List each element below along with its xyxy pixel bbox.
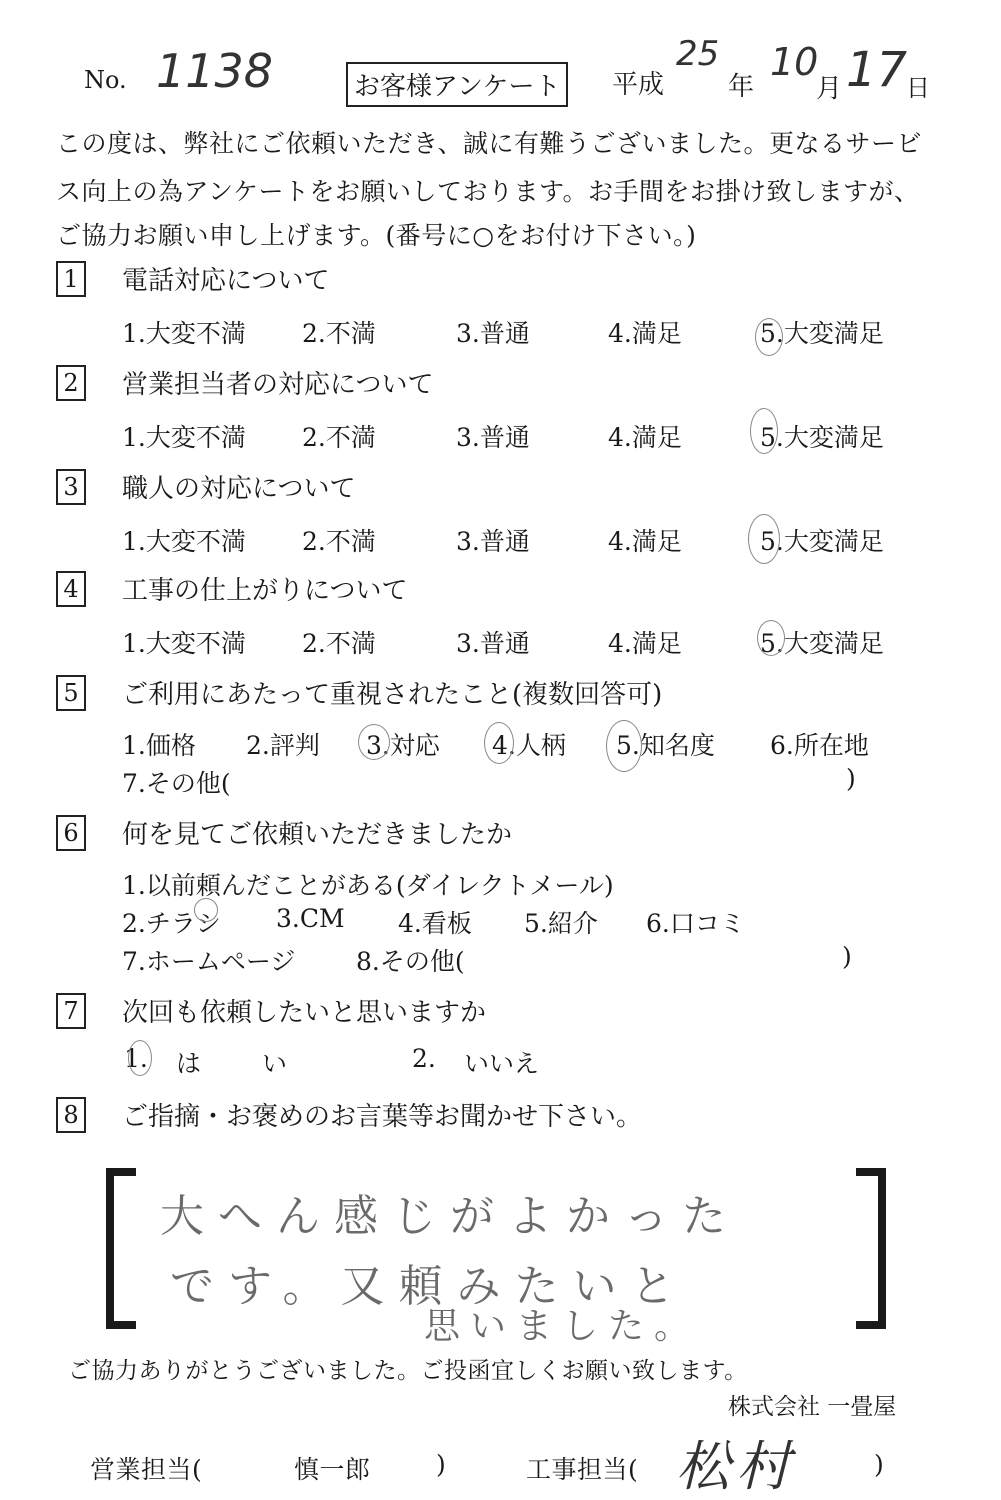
form-title: お客様アンケート — [346, 62, 568, 107]
question-text: 工事の仕上がりについて — [122, 570, 407, 607]
question-number: 2 — [56, 365, 86, 401]
selection-circle — [757, 620, 785, 656]
intro-line-2: ス向上の為アンケートをお願いしております。お手間をお掛け致しますが、 — [56, 172, 920, 208]
year-value: 25 — [676, 34, 719, 74]
option-3[interactable]: 3.普通 — [456, 522, 530, 558]
option-8[interactable]: 8.その他( — [356, 942, 465, 978]
construction-rep-close: ) — [874, 1450, 884, 1479]
option-5[interactable]: 5.紹介 — [524, 904, 598, 940]
option-4[interactable]: 4.満足 — [608, 522, 682, 558]
question-number: 3 — [56, 469, 86, 505]
question-text: ご指摘・お褒めのお言葉等お聞かせ下さい。 — [122, 1096, 642, 1133]
question-text: ご利用にあたって重視されたこと(複数回答可) — [122, 674, 662, 711]
year-label: 年 — [728, 66, 754, 103]
option-1[interactable]: 1.以前頼んだことがある(ダイレクトメール) — [122, 866, 614, 902]
question-number: 5 — [56, 675, 86, 711]
option-1-label-a[interactable]: は — [176, 1044, 201, 1080]
option-3[interactable]: 3.普通 — [456, 418, 530, 454]
option-3[interactable]: 3.普通 — [456, 624, 530, 660]
question-text: 職人の対応について — [122, 468, 355, 505]
option-3[interactable]: 3.普通 — [456, 314, 530, 350]
construction-rep-value: 松村 — [676, 1424, 796, 1500]
question-text: 営業担当者の対応について — [122, 364, 433, 401]
option-7[interactable]: 7.ホームページ — [122, 942, 295, 978]
selection-circle — [606, 720, 642, 772]
selection-circle — [484, 722, 514, 764]
option-2-label[interactable]: いいえ — [464, 1044, 539, 1080]
option-2[interactable]: 2.不満 — [302, 522, 376, 558]
question-text: 次回も依頼したいと思いますか — [122, 992, 486, 1029]
option-1[interactable]: 1.大変不満 — [122, 522, 246, 558]
question-number: 7 — [56, 993, 86, 1029]
option-4[interactable]: 4.看板 — [398, 904, 472, 940]
sales-rep-close: ) — [436, 1450, 446, 1479]
construction-rep-label: 工事担当( — [526, 1450, 638, 1486]
question-5: 5 ご利用にあたって重視されたこと(複数回答可) — [56, 674, 662, 711]
option-6[interactable]: 6.所在地 — [770, 726, 869, 762]
question-number: 8 — [56, 1097, 86, 1133]
comment-line-3: 思いました。 — [424, 1298, 700, 1349]
question-8: 8 ご指摘・お褒めのお言葉等お聞かせ下さい。 — [56, 1096, 642, 1133]
option-7[interactable]: 7.その他( — [122, 764, 231, 800]
thanks-text: ご協力ありがとうございました。ご投函宜しくお願い致します。 — [68, 1352, 748, 1385]
option-2[interactable]: 2.不満 — [302, 418, 376, 454]
option-4[interactable]: 4.満足 — [608, 624, 682, 660]
question-3: 3 職人の対応について — [56, 468, 355, 505]
option-1[interactable]: 1.大変不満 — [122, 418, 246, 454]
question-4: 4 工事の仕上がりについて — [56, 570, 407, 607]
selection-circle — [750, 408, 778, 454]
option-4[interactable]: 4.満足 — [608, 418, 682, 454]
option-1[interactable]: 1.大変不満 — [122, 624, 246, 660]
question-text: 電話対応について — [122, 260, 329, 297]
option-2[interactable]: 2.不満 — [302, 314, 376, 350]
sales-rep-label: 営業担当( — [90, 1450, 202, 1486]
question-7: 7 次回も依頼したいと思いますか — [56, 992, 486, 1029]
question-6: 6 何を見てご依頼いただきましたか — [56, 814, 512, 851]
option-6[interactable]: 6.口コミ — [646, 904, 745, 940]
option-2[interactable]: 2.評判 — [246, 726, 320, 762]
question-2: 2 営業担当者の対応について — [56, 364, 433, 401]
no-value: 1138 — [156, 44, 273, 98]
question-number: 4 — [56, 571, 86, 607]
era-label: 平成 — [612, 64, 664, 101]
day-label: 日 — [906, 68, 930, 103]
option-7-close: ) — [846, 764, 856, 793]
selection-circle — [748, 514, 780, 564]
month-label: 月 — [816, 68, 842, 105]
option-2-number[interactable]: 2. — [412, 1044, 436, 1073]
selection-circle — [755, 318, 783, 356]
question-number: 6 — [56, 815, 86, 851]
option-8-close: ) — [842, 942, 852, 971]
option-4[interactable]: 4.満足 — [608, 314, 682, 350]
company-name: 株式会社 一畳屋 — [728, 1388, 896, 1421]
right-bracket — [856, 1168, 886, 1329]
day-value: 17 — [846, 42, 907, 98]
question-1: 1 電話対応について — [56, 260, 329, 297]
option-3[interactable]: 3.CM — [276, 904, 345, 933]
sales-rep-value: 慎一郎 — [294, 1450, 371, 1486]
intro-line-1: この度は、弊社にご依頼いただき、誠に有難うございました。更なるサービ — [56, 124, 922, 160]
option-5[interactable]: 5.大変満足 — [760, 418, 884, 454]
comment-line-1: 大へん感じがよかった — [160, 1180, 740, 1244]
month-value: 10 — [770, 40, 818, 84]
question-text: 何を見てご依頼いただきましたか — [122, 814, 512, 851]
option-1[interactable]: 1.価格 — [122, 726, 196, 762]
no-label: No. — [84, 66, 127, 94]
intro-line-3: ご協力お願い申し上げます。(番号に○をお付け下さい。) — [56, 216, 696, 252]
selection-circle — [128, 1040, 152, 1076]
option-2[interactable]: 2.不満 — [302, 624, 376, 660]
left-bracket — [106, 1168, 136, 1329]
question-number: 1 — [56, 261, 86, 297]
option-1[interactable]: 1.大変不満 — [122, 314, 246, 350]
selection-circle — [194, 898, 218, 922]
selection-circle — [358, 724, 390, 760]
option-1-label-b[interactable]: い — [262, 1044, 287, 1080]
